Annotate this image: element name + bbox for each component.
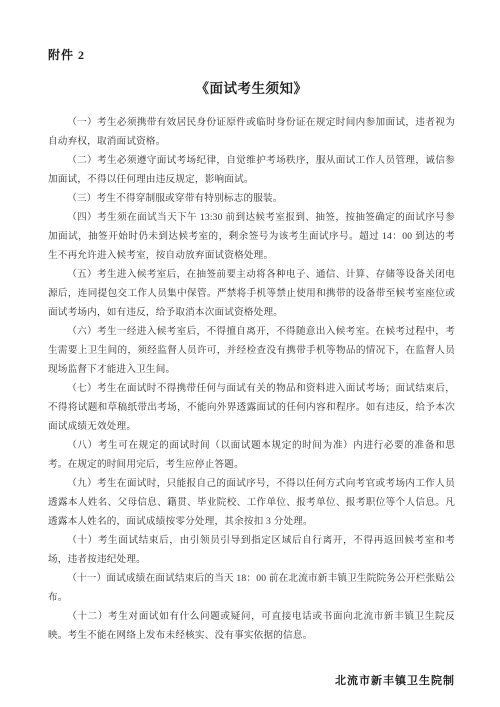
document-page: 附件 2 《面试考生须知》 （一）考生必须携带有效居民身份证原件或临时身份证在规… [0, 0, 500, 707]
notice-body: （一）考生必须携带有效居民身份证原件或临时身份证在规定时间内参加面试，违者视为自… [48, 113, 455, 645]
issuer-signature: 北流市新丰镇卫生院制 [48, 672, 455, 688]
notice-paragraph-3: （三）考生不得穿制服或穿带有特别标志的服装。 [48, 189, 455, 208]
notice-paragraph-4: （四）考生须在面试当天下午 13:30 前到达候考室报到、抽签，按抽签确定的面试… [48, 208, 455, 265]
notice-paragraph-11: （十一）面试成绩在面试结束后的当天 18：00 前在北流市新丰镇卫生院院务公开栏… [48, 569, 455, 607]
notice-paragraph-1: （一）考生必须携带有效居民身份证原件或临时身份证在规定时间内参加面试，违者视为自… [48, 113, 455, 151]
notice-paragraph-9: （九）考生在面试时，只能报自己的面试序号，不得以任何方式向考官或考场内工作人员透… [48, 474, 455, 531]
notice-paragraph-2: （二）考生必须遵守面试考场纪律，自觉维护考场秩序，服从面试工作人员管理，诚信参加… [48, 151, 455, 189]
attachment-label: 附件 2 [48, 46, 455, 64]
page-title: 《面试考生须知》 [48, 79, 455, 99]
notice-paragraph-10: （十）考生面试结束后，由引领员引导到指定区域后自行离开，不得再返回候考室和考场，… [48, 531, 455, 569]
notice-paragraph-5: （五）考生进入候考室后，在抽签前要主动将各种电子、通信、计算、存储等设备关闭电源… [48, 265, 455, 322]
notice-paragraph-7: （七）考生在面试时不得携带任何与面试有关的物品和资料进入面试考场；面试结束后，不… [48, 379, 455, 436]
notice-paragraph-12: （十二）考生对面试如有什么问题或疑问，可直接电话或书面向北流市新丰镇卫生院反映。… [48, 607, 455, 645]
notice-paragraph-8: （八）考生可在规定的面试时间（以面试题本规定的时间为准）内进行必要的准备和思考。… [48, 436, 455, 474]
notice-paragraph-6: （六）考生一经进入候考室后，不得擅自离开，不得随意出入候考室。在候考过程中，考生… [48, 322, 455, 379]
